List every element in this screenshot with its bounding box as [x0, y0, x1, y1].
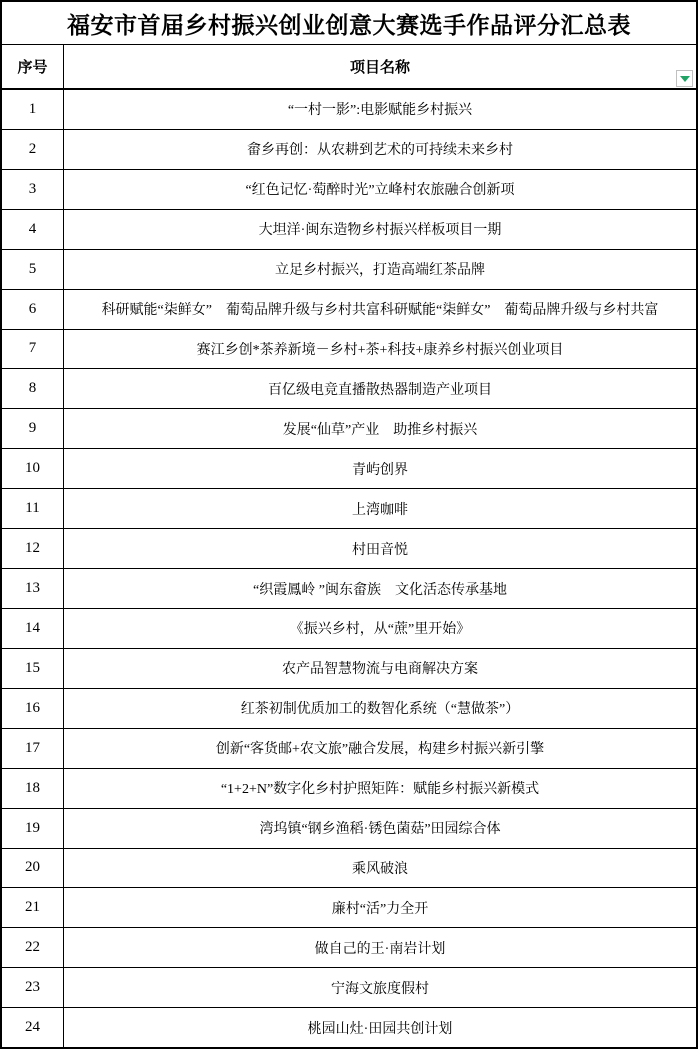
row-index: 15	[2, 649, 64, 688]
row-index: 17	[2, 729, 64, 768]
row-index: 14	[2, 609, 64, 648]
row-index: 9	[2, 409, 64, 448]
table-row: 22 做自己的王·南岩计划	[2, 928, 696, 968]
table-row: 13 “织霞鳳岭 ”闽东畲族 文化活态传承基地	[2, 569, 696, 609]
column-header-index: 序号	[2, 45, 64, 88]
row-index: 2	[2, 130, 64, 169]
table-row: 21 廉村“活”力全开	[2, 888, 696, 928]
table-title-row: 福安市首届乡村振兴创业创意大赛选手作品评分汇总表	[2, 2, 696, 45]
table-row: 12 村田音悦	[2, 529, 696, 569]
row-index: 10	[2, 449, 64, 488]
filter-down-triangle-icon	[680, 76, 690, 82]
table-row: 8 百亿级电竞直播散热器制造产业项目	[2, 369, 696, 409]
row-index: 21	[2, 888, 64, 927]
row-index: 8	[2, 369, 64, 408]
table-row: 19 湾坞镇“钢乡渔稻·锈色菌菇”田园综合体	[2, 809, 696, 849]
row-index: 13	[2, 569, 64, 608]
row-index: 7	[2, 330, 64, 369]
row-index: 6	[2, 290, 64, 329]
table-row: 17 创新“客货邮+农文旅”融合发展，构建乡村振兴新引擎	[2, 729, 696, 769]
row-index: 11	[2, 489, 64, 528]
table-header-row: 序号 项目名称	[2, 45, 696, 90]
table-row: 2 畲乡再创：从农耕到艺术的可持续未来乡村	[2, 130, 696, 170]
score-summary-table: 福安市首届乡村振兴创业创意大赛选手作品评分汇总表 序号 项目名称 1 “一村一影…	[0, 0, 698, 1049]
row-index: 24	[2, 1008, 64, 1047]
row-index: 12	[2, 529, 64, 568]
row-index: 20	[2, 849, 64, 888]
page-title: 福安市首届乡村振兴创业创意大赛选手作品评分汇总表	[67, 7, 631, 40]
table-body: 1 “一村一影”:电影赋能乡村振兴 2 畲乡再创：从农耕到艺术的可持续未来乡村 …	[2, 90, 696, 1047]
table-row: 15 农产品智慧物流与电商解决方案	[2, 649, 696, 689]
project-name: 上湾咖啡	[64, 489, 696, 528]
column-header-name: 项目名称	[350, 56, 410, 77]
project-name: 创新“客货邮+农文旅”融合发展，构建乡村振兴新引擎	[64, 729, 696, 768]
filter-dropdown-button[interactable]	[676, 70, 693, 87]
project-name: 做自己的王·南岩计划	[64, 928, 696, 967]
project-name: 红茶初制优质加工的数智化系统（“慧做茶”）	[64, 689, 696, 728]
project-name: 百亿级电竞直播散热器制造产业项目	[64, 369, 696, 408]
row-index: 23	[2, 968, 64, 1007]
row-index: 16	[2, 689, 64, 728]
table-row: 10 青屿创界	[2, 449, 696, 489]
table-row: 11 上湾咖啡	[2, 489, 696, 529]
project-name: 农产品智慧物流与电商解决方案	[64, 649, 696, 688]
table-row: 14 《振兴乡村，从“蔗”里开始》	[2, 609, 696, 649]
table-row: 20 乘风破浪	[2, 849, 696, 889]
row-index: 4	[2, 210, 64, 249]
project-name: 宁海文旅度假村	[64, 968, 696, 1007]
row-index: 22	[2, 928, 64, 967]
project-name: 桃园山灶·田园共创计划	[64, 1008, 696, 1047]
table-row: 7 赛江乡创*茶养新境－乡村+茶+科技+康养乡村振兴创业项目	[2, 330, 696, 370]
row-index: 19	[2, 809, 64, 848]
project-name: 赛江乡创*茶养新境－乡村+茶+科技+康养乡村振兴创业项目	[64, 330, 696, 369]
table-row: 4 大坦洋·闽东造物乡村振兴样板项目一期	[2, 210, 696, 250]
project-name: 湾坞镇“钢乡渔稻·锈色菌菇”田园综合体	[64, 809, 696, 848]
table-row: 6 科研赋能“柒鲜女” 葡萄品牌升级与乡村共富科研赋能“柒鲜女” 葡萄品牌升级与…	[2, 290, 696, 330]
project-name: 村田音悦	[64, 529, 696, 568]
project-name: “一村一影”:电影赋能乡村振兴	[64, 90, 696, 129]
project-name: 立足乡村振兴，打造高端红茶品牌	[64, 250, 696, 289]
project-name: 青屿创界	[64, 449, 696, 488]
table-row: 23 宁海文旅度假村	[2, 968, 696, 1008]
table-row: 5 立足乡村振兴，打造高端红茶品牌	[2, 250, 696, 290]
table-row: 24 桃园山灶·田园共创计划	[2, 1008, 696, 1047]
row-index: 3	[2, 170, 64, 209]
table-row: 9 发展“仙草”产业 助推乡村振兴	[2, 409, 696, 449]
project-name: 《振兴乡村，从“蔗”里开始》	[64, 609, 696, 648]
project-name: 科研赋能“柒鲜女” 葡萄品牌升级与乡村共富科研赋能“柒鲜女” 葡萄品牌升级与乡村…	[64, 290, 696, 329]
table-row: 18 “1+2+N”数字化乡村护照矩阵：赋能乡村振兴新模式	[2, 769, 696, 809]
table-row: 16 红茶初制优质加工的数智化系统（“慧做茶”）	[2, 689, 696, 729]
project-name: “1+2+N”数字化乡村护照矩阵：赋能乡村振兴新模式	[64, 769, 696, 808]
project-name: 发展“仙草”产业 助推乡村振兴	[64, 409, 696, 448]
row-index: 18	[2, 769, 64, 808]
project-name: “织霞鳳岭 ”闽东畲族 文化活态传承基地	[64, 569, 696, 608]
column-header-name-cell: 项目名称	[64, 45, 696, 88]
table-row: 1 “一村一影”:电影赋能乡村振兴	[2, 90, 696, 130]
project-name: 畲乡再创：从农耕到艺术的可持续未来乡村	[64, 130, 696, 169]
row-index: 5	[2, 250, 64, 289]
table-row: 3 “红色记忆·萄醉时光”立峰村农旅融合创新项	[2, 170, 696, 210]
project-name: 廉村“活”力全开	[64, 888, 696, 927]
project-name: 大坦洋·闽东造物乡村振兴样板项目一期	[64, 210, 696, 249]
project-name: “红色记忆·萄醉时光”立峰村农旅融合创新项	[64, 170, 696, 209]
project-name: 乘风破浪	[64, 849, 696, 888]
row-index: 1	[2, 90, 64, 129]
